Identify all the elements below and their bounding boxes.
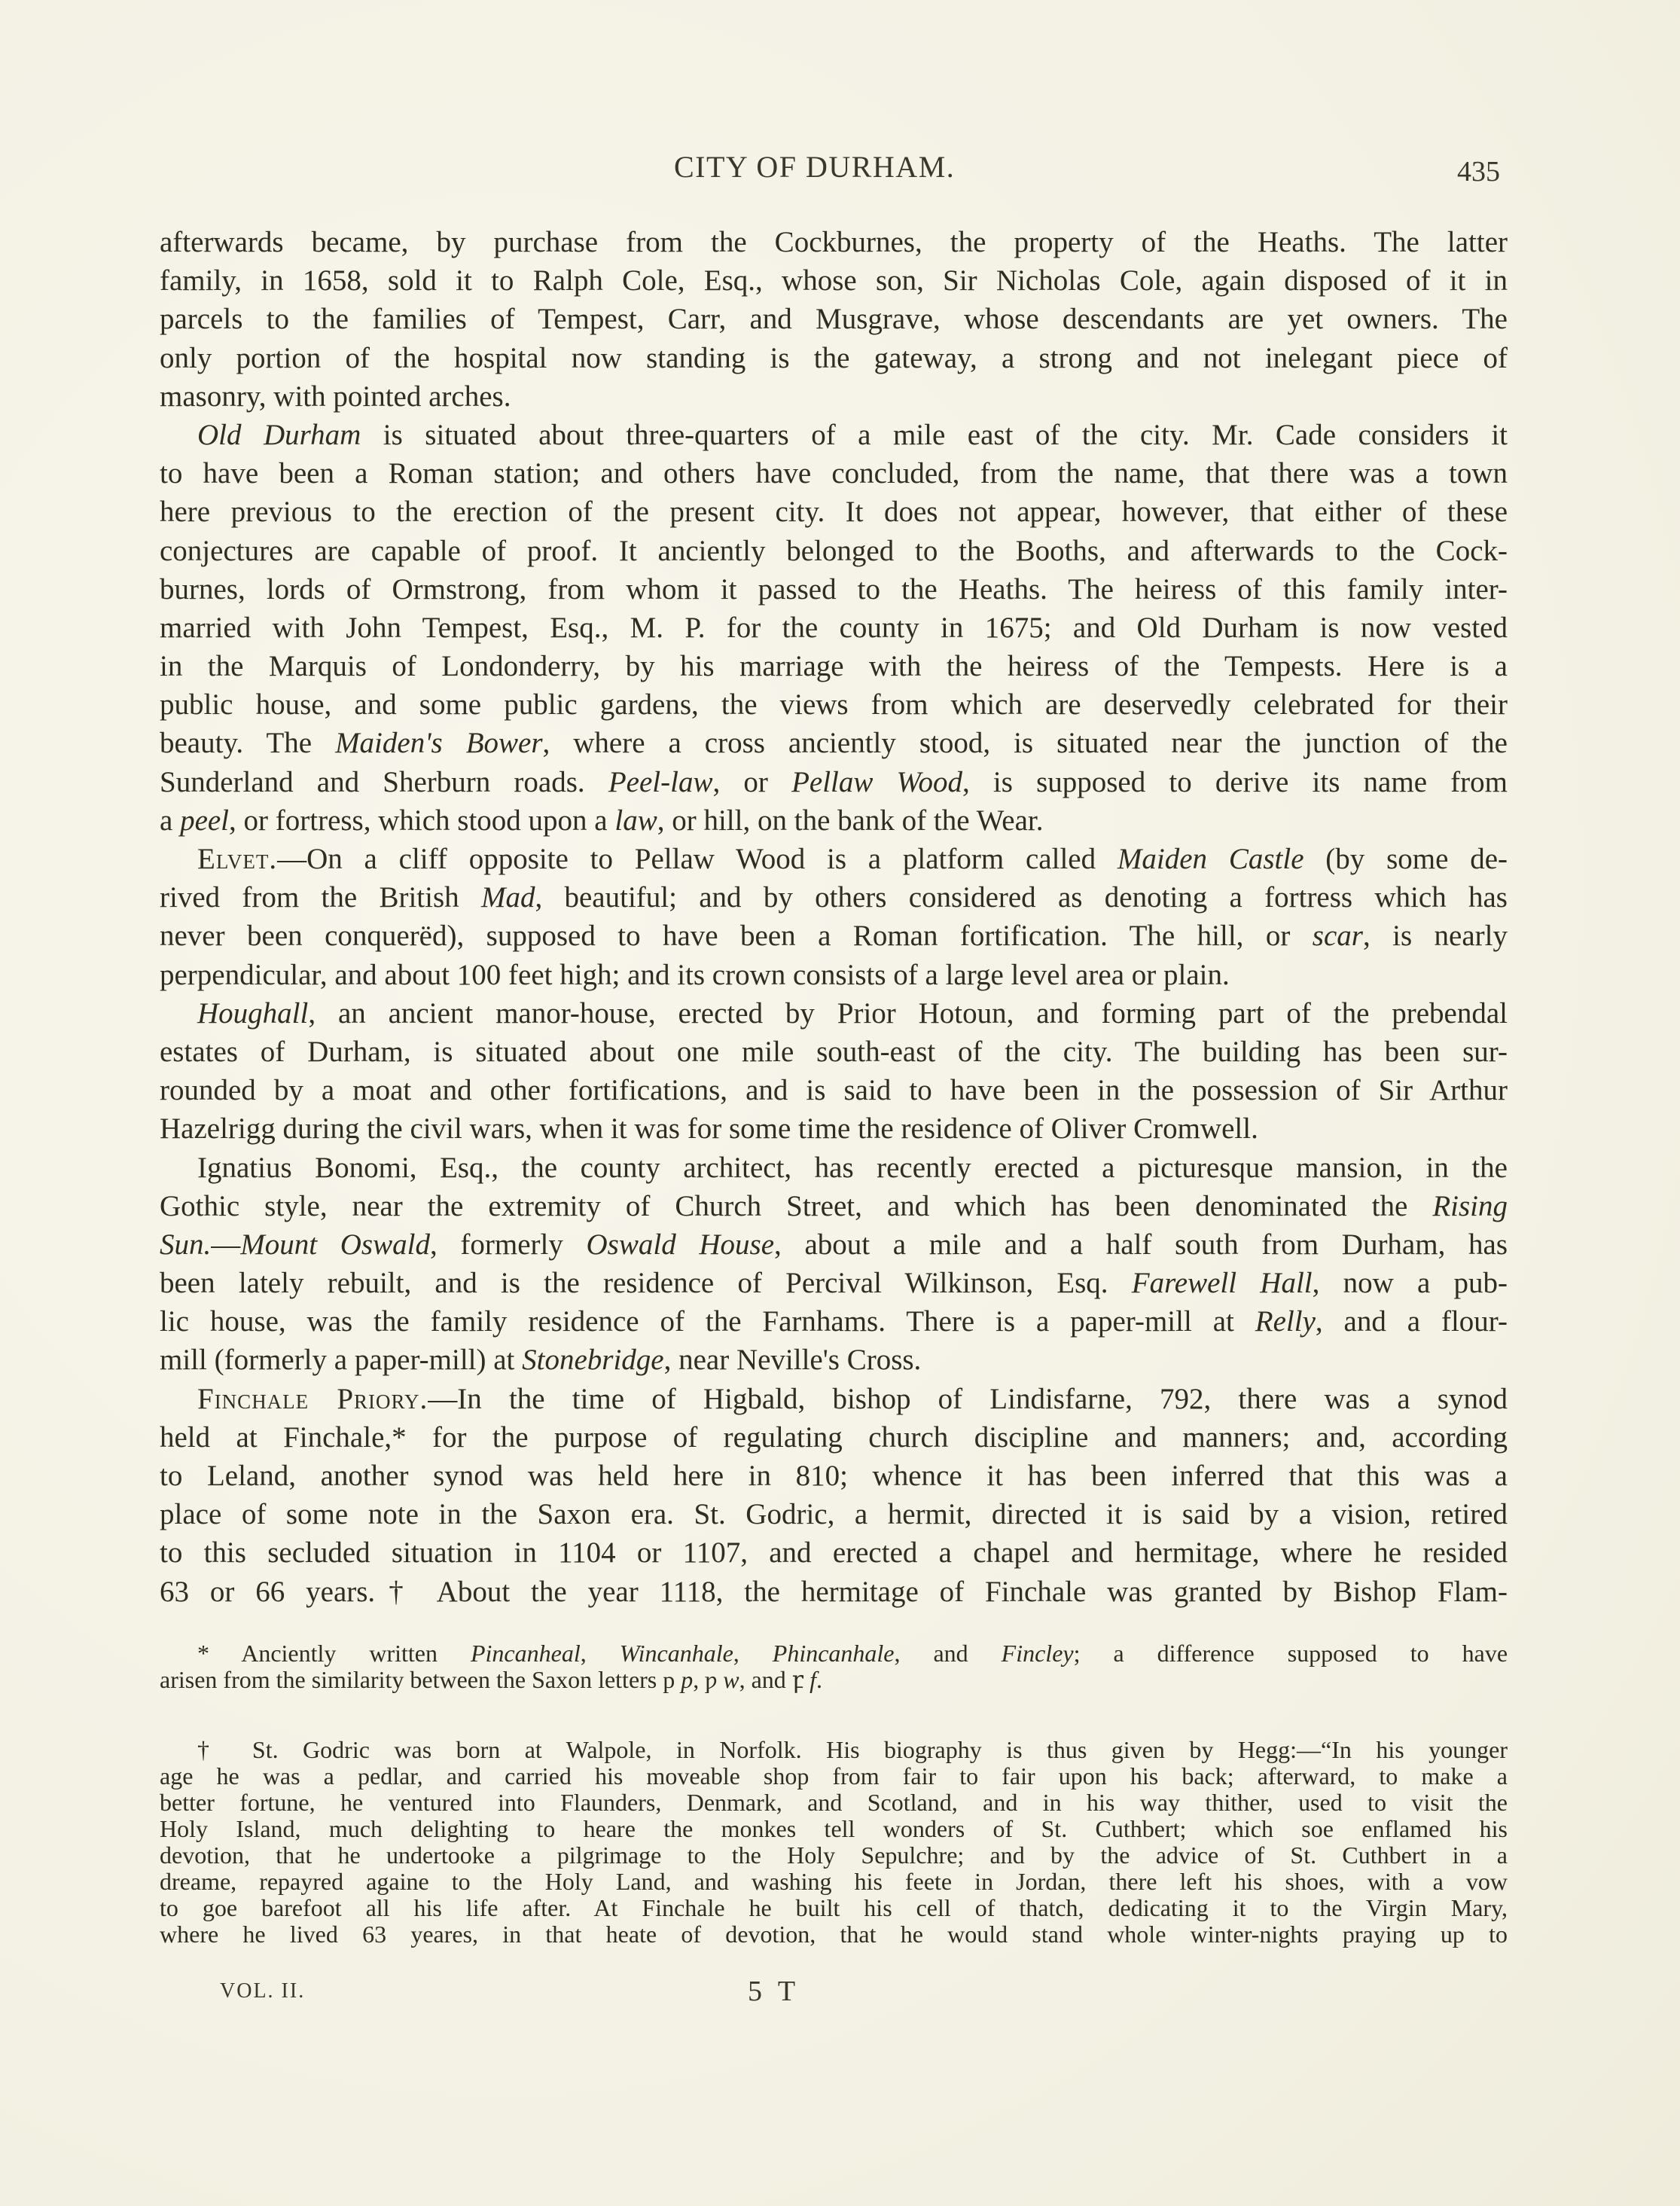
volume-label: VOL. II.: [220, 1979, 305, 2003]
section-heading: Finchale Priory.: [197, 1383, 428, 1415]
text: , near Neville's Cross.: [664, 1344, 922, 1376]
text: , and a flour-: [1316, 1305, 1508, 1338]
text: , or hill, on the bank of the Wear.: [657, 804, 1044, 837]
text: , or: [712, 766, 791, 798]
text: lic house, was the family residence of t…: [160, 1305, 1255, 1338]
text-line: only portion of the hospital now standin…: [160, 339, 1508, 377]
text: Sunderland and Sherburn roads.: [160, 766, 608, 798]
text: —On a cliff opposite to Pellaw Wood is a…: [277, 843, 1117, 875]
running-title: CITY OF DURHAM.: [674, 149, 955, 185]
text: conjectures are capable of proof. It anc…: [160, 535, 1508, 567]
text-line: devotion, that he undertooke a pilgrimag…: [160, 1842, 1508, 1869]
italic-text: Wincanhale: [620, 1640, 733, 1667]
italic-text: Rising: [1432, 1190, 1508, 1222]
text: family, in 1658, sold it to Ralph Cole, …: [160, 264, 1508, 297]
text: masonry, with pointed arches.: [160, 380, 511, 413]
text: afterwards became, by purchase from the …: [160, 226, 1508, 258]
text-line: a peel, or fortress, which stood upon a …: [160, 801, 1508, 840]
text-line: married with John Tempest, Esq., M. P. f…: [160, 609, 1508, 647]
text: mill (formerly a paper-mill) at: [160, 1344, 522, 1376]
text: never been conquerëd), supposed to have …: [160, 920, 1313, 952]
text: dreame, repayred againe to the Holy Land…: [160, 1868, 1508, 1895]
italic-text: Phincanhale: [773, 1640, 895, 1667]
italic-text: Farewell Hall: [1132, 1267, 1313, 1299]
text-line: † St. Godric was born at Walpole, in Nor…: [160, 1737, 1508, 1763]
page-footer: VOL. II. 5 T: [0, 1975, 1680, 2012]
text: parcels to the families of Tempest, Carr…: [160, 303, 1508, 335]
text: where he lived 63 yeares, in that heate …: [160, 1921, 1508, 1948]
italic-text: Relly: [1255, 1305, 1316, 1338]
text-line: 63 or 66 years.† About the year 1118, th…: [160, 1573, 1508, 1611]
italic-text: Old Durham: [197, 419, 361, 451]
italic-text: Mad: [481, 881, 535, 914]
italic-text: Maiden Castle: [1117, 843, 1304, 875]
text: ,: [581, 1640, 620, 1667]
text: in the Marquis of Londonderry, by his ma…: [160, 650, 1508, 682]
text: , is supposed to derive its name from: [962, 766, 1508, 798]
text: rounded by a moat and other fortificatio…: [160, 1074, 1508, 1106]
text-line: here previous to the erection of the pre…: [160, 493, 1508, 531]
text-line: place of some note in the Saxon era. St.…: [160, 1495, 1508, 1533]
text-line: Gothic style, near the extremity of Chur…: [160, 1187, 1508, 1225]
text-line: to this secluded situation in 1104 or 11…: [160, 1533, 1508, 1572]
text: ; a difference supposed to have: [1074, 1640, 1508, 1667]
text-line: dreame, repayred againe to the Holy Land…: [160, 1869, 1508, 1895]
italic-text: Peel-law: [608, 766, 713, 798]
text: to have been a Roman station; and others…: [160, 457, 1508, 490]
text: Holy Island, much delighting to heare th…: [160, 1815, 1508, 1842]
text-line: been lately rebuilt, and is the residenc…: [160, 1264, 1508, 1302]
section-heading: Elvet.: [197, 843, 277, 875]
text: better fortune, he ventured into Flaunde…: [160, 1789, 1508, 1816]
italic-text: Stonebridge: [522, 1344, 663, 1376]
text-line: Finchale Priory.—In the time of Higbald,…: [160, 1380, 1508, 1418]
italic-text: p: [681, 1666, 693, 1693]
text-line: never been conquerëd), supposed to have …: [160, 917, 1508, 955]
text: to goe barefoot all his life after. At F…: [160, 1894, 1508, 1921]
text-line: Sunderland and Sherburn roads. Peel-law,…: [160, 763, 1508, 801]
text: , where a cross anciently stood, is situ…: [543, 727, 1508, 759]
text: to this secluded situation in 1104 or 11…: [160, 1536, 1508, 1569]
text: place of some note in the Saxon era. St.…: [160, 1498, 1508, 1530]
italic-text: Oswald House: [587, 1228, 775, 1261]
text: Ignatius Bonomi, Esq., the county archit…: [197, 1152, 1508, 1184]
italic-text: law: [614, 804, 657, 837]
italic-text: peel: [180, 804, 229, 837]
text-line: mill (formerly a paper-mill) at Stonebri…: [160, 1341, 1508, 1379]
text-line: Sun.—Mount Oswald, formerly Oswald House…: [160, 1225, 1508, 1264]
text: burnes, lords of Ormstrong, from whom it…: [160, 573, 1508, 606]
text-line: Ignatius Bonomi, Esq., the county archit…: [160, 1149, 1508, 1187]
text: married with John Tempest, Esq., M. P. f…: [160, 612, 1508, 644]
text: held at Finchale,* for the purpose of re…: [160, 1421, 1508, 1454]
text-line: parcels to the families of Tempest, Carr…: [160, 300, 1508, 338]
text-line: in the Marquis of Londonderry, by his ma…: [160, 647, 1508, 685]
text-line: afterwards became, by purchase from the …: [160, 223, 1508, 261]
italic-text: Houghall: [197, 997, 308, 1030]
text: ,: [733, 1640, 773, 1667]
book-page: CITY OF DURHAM. 435 afterwards became, b…: [0, 0, 1680, 2206]
text: , beautiful; and by others considered as…: [535, 881, 1508, 914]
text-line: perpendicular, and about 100 feet high; …: [160, 956, 1508, 994]
text-line: estates of Durham, is situated about one…: [160, 1033, 1508, 1071]
italic-text: w: [723, 1666, 739, 1693]
text-line: masonry, with pointed arches.: [160, 377, 1508, 416]
text: public house, and some public gardens, t…: [160, 688, 1508, 721]
text-line: to Leland, another synod was held here i…: [160, 1457, 1508, 1495]
text: , and: [895, 1640, 1002, 1667]
body-text: afterwards became, by purchase from the …: [160, 223, 1508, 1611]
text-line: better fortune, he ventured into Flaunde…: [160, 1790, 1508, 1816]
italic-text: scar: [1313, 920, 1363, 952]
text: beauty. The: [160, 727, 335, 759]
text: perpendicular, and about 100 feet high; …: [160, 959, 1230, 991]
text-line: family, in 1658, sold it to Ralph Cole, …: [160, 261, 1508, 300]
text-line: arisen from the similarity between the S…: [160, 1667, 1508, 1693]
text: —In the time of Higbald, bishop of Lindi…: [428, 1383, 1508, 1415]
text-line: public house, and some public gardens, t…: [160, 685, 1508, 724]
text-line: Holy Island, much delighting to heare th…: [160, 1816, 1508, 1842]
italic-text: f: [810, 1666, 816, 1693]
text: been lately rebuilt, and is the residenc…: [160, 1267, 1132, 1299]
text-line: Old Durham is situated about three-quart…: [160, 416, 1508, 454]
text-line: burnes, lords of Ormstrong, from whom it…: [160, 570, 1508, 609]
text-line: where he lived 63 yeares, in that heate …: [160, 1921, 1508, 1948]
text-line: to goe barefoot all his life after. At F…: [160, 1895, 1508, 1921]
text: estates of Durham, is situated about one…: [160, 1036, 1508, 1068]
text: devotion, that he undertooke a pilgrimag…: [160, 1841, 1508, 1869]
italic-text: Maiden's Bower: [335, 727, 542, 759]
text: a: [160, 804, 180, 837]
text: to Leland, another synod was held here i…: [160, 1460, 1508, 1492]
text: , formerly: [430, 1228, 587, 1261]
italic-text: Fincley: [1002, 1640, 1074, 1667]
text: † St. Godric was born at Walpole, in Nor…: [197, 1736, 1508, 1763]
text: Gothic style, near the extremity of Chur…: [160, 1190, 1432, 1222]
text-line: to have been a Roman station; and others…: [160, 454, 1508, 493]
text: , an ancient manor-house, erected by Pri…: [308, 997, 1508, 1030]
text: , or fortress, which stood upon a: [229, 804, 614, 837]
text: only portion of the hospital now standin…: [160, 342, 1508, 374]
text-line: * Anciently written Pincanheal, Wincanha…: [160, 1640, 1508, 1667]
text-line: Houghall, an ancient manor-house, erecte…: [160, 994, 1508, 1033]
text-line: Hazelrigg during the civil wars, when it…: [160, 1109, 1508, 1148]
text-line: beauty. The Maiden's Bower, where a cros…: [160, 724, 1508, 762]
italic-text: Sun.: [160, 1228, 211, 1261]
text: arisen from the similarity between the S…: [160, 1666, 681, 1693]
text-line: held at Finchale,* for the purpose of re…: [160, 1418, 1508, 1457]
running-head: CITY OF DURHAM. 435: [0, 149, 1680, 187]
footnote-asterisk: * Anciently written Pincanheal, Wincanha…: [160, 1640, 1508, 1693]
text: * Anciently written: [197, 1640, 471, 1667]
text-line: lic house, was the family residence of t…: [160, 1302, 1508, 1341]
italic-text: Pincanheal: [471, 1640, 581, 1667]
text: 63 or 66 years.† About the year 1118, th…: [160, 1576, 1508, 1608]
text-line: Elvet.—On a cliff opposite to Pellaw Woo…: [160, 840, 1508, 878]
text-line: rived from the British Mad, beautiful; a…: [160, 878, 1508, 917]
page-number: 435: [1457, 155, 1500, 188]
text: , now a pub-: [1313, 1267, 1508, 1299]
text: (by some de-: [1304, 843, 1508, 875]
text-line: conjectures are capable of proof. It anc…: [160, 532, 1508, 570]
text: , and ꝼ: [739, 1666, 810, 1693]
text: Hazelrigg during the civil wars, when it…: [160, 1112, 1258, 1145]
italic-text: Pellaw Wood: [791, 766, 962, 798]
text: , ƿ: [693, 1666, 723, 1693]
signature-mark: 5 T: [748, 1975, 800, 2008]
text: is situated about three-quarters of a mi…: [361, 419, 1508, 451]
text: age he was a pedlar, and carried his mov…: [160, 1762, 1508, 1790]
footnote-dagger: † St. Godric was born at Walpole, in Nor…: [160, 1737, 1508, 1948]
text-line: age he was a pedlar, and carried his mov…: [160, 1763, 1508, 1790]
text: , is nearly: [1363, 920, 1508, 952]
text: , about a mile and a half south from Dur…: [774, 1228, 1508, 1261]
text: here previous to the erection of the pre…: [160, 496, 1508, 528]
text: —: [211, 1228, 240, 1261]
text: .: [816, 1666, 822, 1693]
text: rived from the British: [160, 881, 481, 914]
text-line: rounded by a moat and other fortificatio…: [160, 1071, 1508, 1109]
italic-text: Mount Oswald: [240, 1228, 430, 1261]
